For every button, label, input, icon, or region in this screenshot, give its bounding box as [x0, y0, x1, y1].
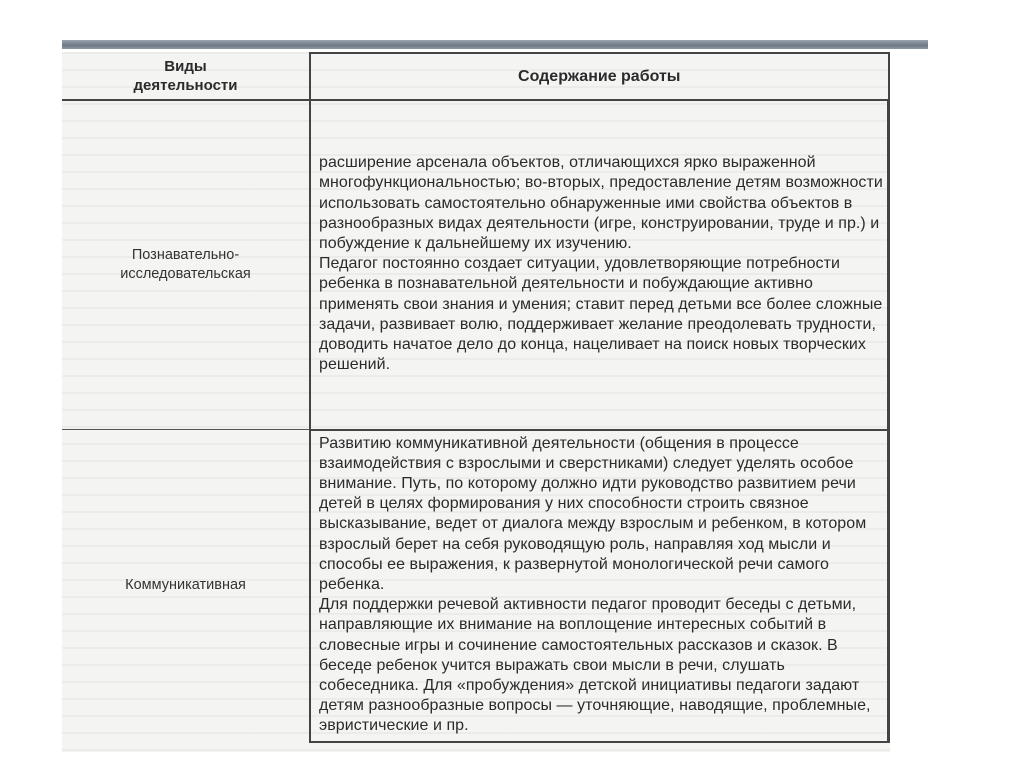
- activity-communicative: Коммуникативная: [62, 430, 310, 742]
- content-paragraph: Педагог постоянно создает ситуации, удов…: [319, 254, 883, 375]
- content-paragraph: Для поддержки речевой активности педагог…: [319, 595, 883, 736]
- content-cell: расширение арсенала объектов, отличающих…: [310, 100, 889, 430]
- table-row: Познавательно-исследовательская расширен…: [62, 100, 889, 430]
- table-header-row: Виды деятельности Содержание работы: [62, 53, 889, 100]
- header-work-content: Содержание работы: [310, 53, 889, 100]
- table-row: Коммуникативная Развитию коммуникативной…: [62, 430, 889, 742]
- slide-top-rule: [62, 40, 928, 49]
- header-activity-type: Виды деятельности: [62, 53, 310, 100]
- activity-cognitive-research: Познавательно-исследовательская: [62, 100, 310, 430]
- content-cell: Развитию коммуникативной деятельности (о…: [310, 430, 889, 742]
- content-paragraph: Развитию коммуникативной деятельности (о…: [319, 434, 883, 596]
- activities-table: Виды деятельности Содержание работы Позн…: [62, 52, 890, 743]
- content-paragraph: расширение арсенала объектов, отличающих…: [319, 153, 883, 254]
